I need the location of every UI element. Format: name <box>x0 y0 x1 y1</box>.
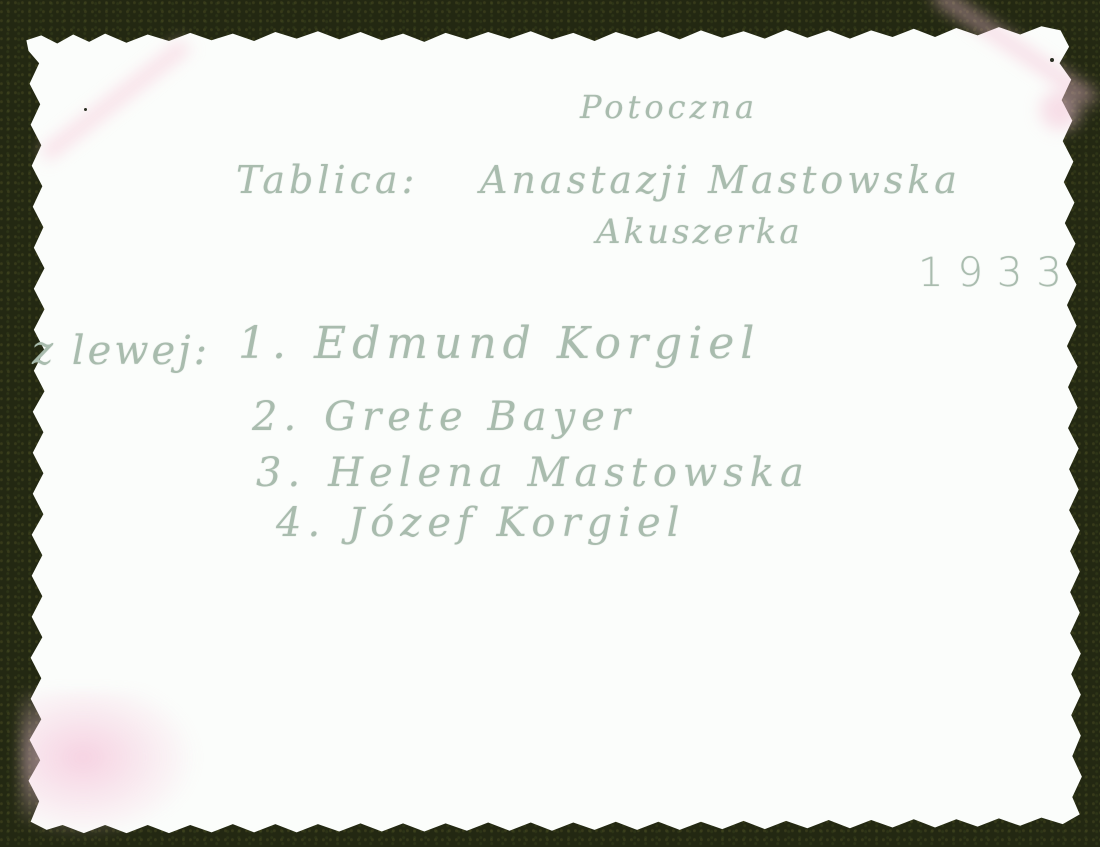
list-item: 3.Helena Mastowska <box>256 450 810 496</box>
list-number: 4. <box>276 500 326 546</box>
scanned-photo-back: Potoczna Tablica: Anastazji Mastowska Ak… <box>0 0 1100 847</box>
place-name: Potoczna <box>580 88 758 126</box>
from-left-label: z lewej: <box>32 328 210 374</box>
list-item: 1.Edmund Korgiel <box>238 318 760 369</box>
list-item: 2.Grete Bayer <box>252 394 636 440</box>
list-number: 1. <box>238 318 292 369</box>
dust-speck <box>1050 58 1054 62</box>
dust-speck <box>84 108 87 111</box>
year: 1933 <box>918 250 1076 296</box>
person-name: Grete Bayer <box>324 394 636 440</box>
person-name: Józef Korgiel <box>348 500 685 546</box>
person-name: Edmund Korgiel <box>314 318 760 369</box>
person-name: Helena Mastowska <box>328 450 810 496</box>
subject-name: Anastazji Mastowska <box>480 158 961 202</box>
list-number: 2. <box>252 394 302 440</box>
table-label: Tablica: <box>236 158 418 202</box>
list-item: 4.Józef Korgiel <box>276 500 685 546</box>
list-number: 3. <box>256 450 306 496</box>
subject-title: Akuszerka <box>596 212 803 252</box>
